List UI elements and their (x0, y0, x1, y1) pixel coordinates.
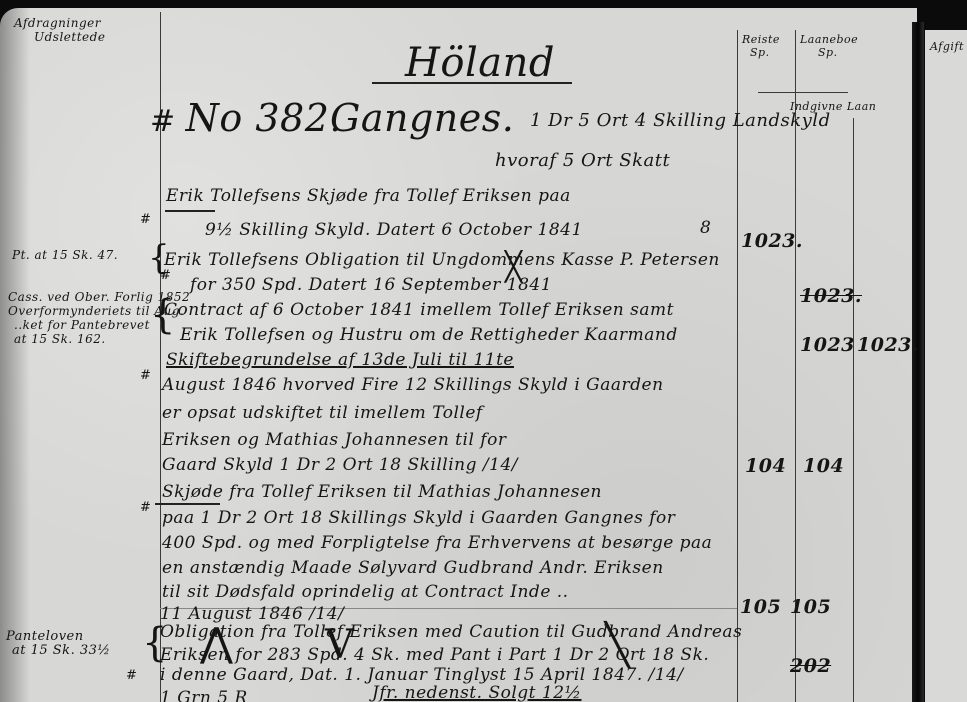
entry-1-amount-col1: 1023. (741, 230, 803, 252)
entry-1-line-1: Erik Tollefsens Skjøde fra Tollef Erikse… (166, 186, 571, 206)
entry-2-line-1: Erik Tollefsens Obligation til Ungdommen… (164, 250, 720, 270)
entry-4-amount-col1: 104 (745, 455, 786, 477)
entry-3-line-2: August 1846 hvorved Fire 12 Skillings Sk… (162, 375, 664, 395)
entry-3-amount-col3: 1023. (857, 334, 919, 356)
entry-1-small-mark: 8 (700, 218, 711, 238)
entry-number: #No 382. (150, 96, 342, 140)
entry-2-line-4: Erik Tollefsen og Hustru om de Rettighed… (180, 325, 678, 345)
heading-underline (372, 82, 572, 84)
continuation-text: 1 Grn 5 R (160, 688, 248, 702)
column-header-2: Laaneboe Sp. (800, 33, 858, 59)
facing-page-edge (925, 30, 967, 702)
column-rule-3 (853, 118, 854, 702)
entry-4-line-4: en anstændig Maade Sølyvard Gudbrand And… (162, 558, 664, 578)
facing-page-header: Afgift (930, 40, 964, 53)
entry-4-line-6: 11 August 1846 /14/ (160, 604, 344, 624)
entry-4-line-2: paa 1 Dr 2 Ort 18 Skillings Skyld i Gaar… (162, 508, 675, 528)
entry-5-line-1: Obligation fra Tollef Eriksen med Cautio… (160, 622, 742, 642)
entry-5-amount-col2: 105 (790, 596, 831, 618)
margin-heading: Afdragninger Udslettede (14, 16, 105, 44)
entry-2-line-3: Contract af 6 October 1841 imellem Tolle… (164, 300, 674, 320)
entry-4-line-5: til sit Dødsfald oprindelig at Contract … (162, 582, 569, 602)
entry-marker: # (140, 500, 151, 515)
entry-3-line-5: Gaard Skyld 1 Dr 2 Ort 18 Skilling /14/ (162, 455, 518, 475)
entry-5-margin-note: Panteloven at 15 Sk. 33½ (6, 630, 110, 658)
struck-hash-mark: # (150, 104, 176, 139)
page-edge-shadow (0, 8, 30, 702)
skyld-line-1: 1 Dr 5 Ort 4 Skilling Landskyld (530, 110, 831, 131)
heading-word-underline (155, 503, 220, 505)
heading-word-underline (165, 210, 215, 212)
entry-marker: # (126, 668, 137, 683)
entry-3-line-3: er opsat udskiftet til imellem Tollef (162, 403, 483, 423)
entry-2-amount-col2-struck: 1023. (800, 285, 862, 307)
entry-marker: # (140, 212, 151, 227)
entry-marker: # (140, 368, 151, 383)
book-binding-gutter (912, 22, 924, 702)
entry-marker: # (160, 268, 171, 283)
entry-3-line-1: Skiftebegrundelse af 13de Juli til 11te (166, 350, 514, 370)
column-header-1: Reiste Sp. (742, 33, 780, 59)
entry-5-line-3: i denne Gaard, Dat. 1. Januar Tinglyst 1… (160, 665, 684, 685)
parish-heading: Höland (405, 40, 555, 86)
cancellation-tick: ⋀ (200, 620, 233, 666)
entry-4-line-1: Skjøde fra Tollef Eriksen til Mathias Jo… (162, 482, 602, 502)
cancellation-tick: V (325, 622, 354, 668)
entry-1-line-2: 9½ Skilling Skyld. Datert 6 October 1841 (205, 220, 583, 240)
entry-2-line-2: for 350 Spd. Datert 16 September 1841 (190, 275, 552, 295)
footer-note: Jfr. nedenst. Solgt 12½ (372, 683, 581, 702)
skyld-line-2: hvoraf 5 Ort Skatt (495, 150, 670, 171)
entry-3-amount-col2: 1023 (800, 334, 855, 356)
farm-name: Gangnes. (330, 96, 514, 140)
entry-5-amount-col2-struck: 202 (790, 655, 831, 677)
cancellation-cross: ╳ (505, 250, 522, 283)
entry-4-amount-col2: 104 (803, 455, 844, 477)
entry-2-margin-note: Pt. at 15 Sk. 47. (12, 248, 118, 262)
cancellation-tick: ╲ (605, 622, 630, 668)
entry-5-amount-col1: 105 (740, 596, 781, 618)
entry-4-line-3: 400 Spd. og med Forpligtelse fra Erhverv… (162, 533, 712, 553)
column-header-rule (758, 92, 848, 93)
brace: { (150, 292, 176, 338)
entry-3-line-4: Eriksen og Mathias Johannesen til for (162, 430, 506, 450)
